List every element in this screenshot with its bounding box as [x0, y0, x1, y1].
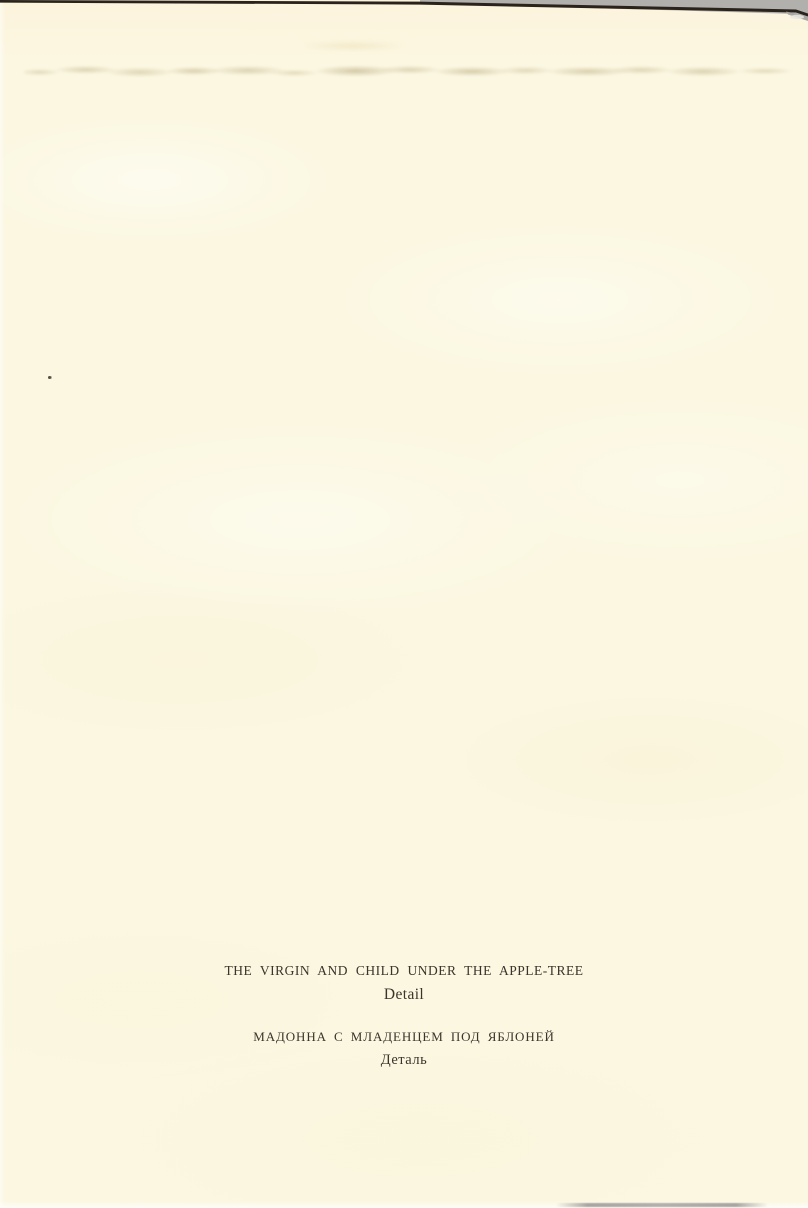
caption-title-ru: МАДОННА С МЛАДЕНЦЕМ ПОД ЯБЛОНЕЙ: [0, 1029, 808, 1045]
caption-title-en: THE VIRGIN AND CHILD UNDER THE APPLE-TRE…: [0, 963, 808, 979]
show-through-stain-band: [24, 59, 796, 83]
faint-show-through-mark: [268, 38, 438, 54]
caption-detail-ru: Деталь: [0, 1052, 808, 1069]
caption-block: THE VIRGIN AND CHILD UNDER THE APPLE-TRE…: [0, 963, 808, 1069]
ink-speck: [48, 376, 51, 379]
scan-corner-light-speck: [790, 15, 804, 19]
bottom-scan-smudge: [556, 1203, 768, 1207]
left-scan-edge-highlight: [0, 0, 5, 1208]
caption-detail-en: Detail: [0, 986, 808, 1004]
page-top-scan-edge: [0, 0, 808, 26]
scanned-book-page: THE VIRGIN AND CHILD UNDER THE APPLE-TRE…: [0, 0, 808, 1208]
